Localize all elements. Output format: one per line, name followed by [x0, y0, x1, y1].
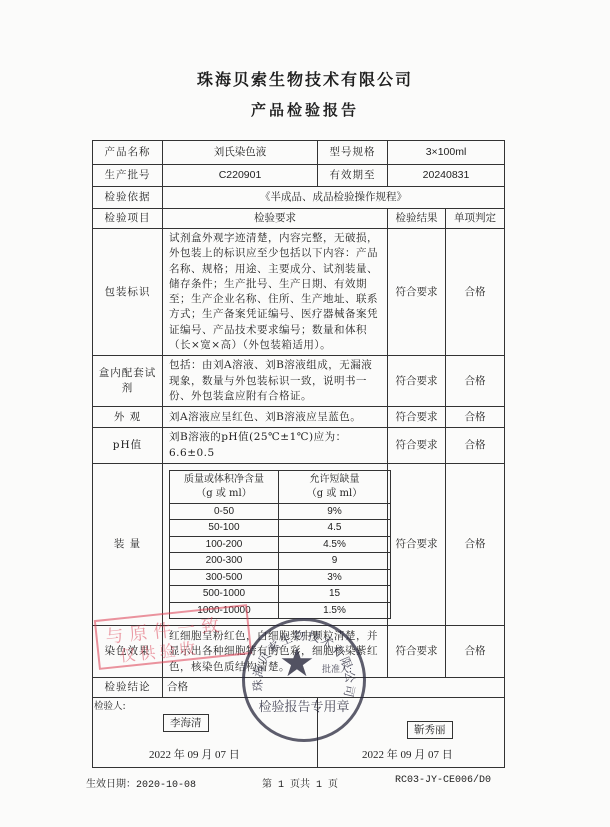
item-row-kit-reagents: 盒内配套试剂 包括：由刘A溶液、刘B溶液组成，无漏液现象，数量与外包装标识一致，… [93, 356, 505, 407]
item-name: pH值 [93, 428, 163, 464]
batch-label: 生产批号 [93, 165, 163, 187]
approver-label: 批准人: [322, 662, 352, 675]
expiry-label: 有效期至 [318, 165, 388, 187]
inspection-report-table: 产品名称 刘氏染色液 型号规格 3×100ml 生产批号 C220901 有效期… [92, 140, 505, 768]
fill-volume-table: 质量或体积净含量 （g 或 ml） 允许短缺量 （g 或 ml） 0-509%5… [169, 470, 391, 620]
fill-table-row: 1000-100001.5% [170, 602, 391, 619]
approver-date: 2022 年 09 月 07 日 [362, 748, 453, 763]
item-result: 符合要求 [388, 407, 446, 428]
item-judgement: 合格 [446, 407, 505, 428]
fill-allowed-shortage: 15 [279, 586, 391, 603]
inspector-label: 检验人: [94, 699, 126, 714]
spec-label: 型号规格 [318, 141, 388, 165]
col-judgement: 单项判定 [446, 209, 505, 229]
product-name-row: 产品名称 刘氏染色液 型号规格 3×100ml [93, 141, 505, 165]
report-title: 产品检验报告 [0, 99, 610, 120]
fill-net-range: 300-500 [170, 569, 279, 586]
batch-value: C220901 [163, 165, 318, 187]
page-number: 第 1 页共 1 页 [262, 775, 338, 791]
conclusion-row: 检验结论 合格 [93, 678, 505, 698]
company-name: 珠海贝索生物技术有限公司 [0, 67, 610, 90]
fill-allowed-shortage: 1.5% [279, 602, 391, 619]
fill-allowed-shortage: 4.5 [279, 520, 391, 537]
fill-net-range: 100-200 [170, 536, 279, 553]
item-result: 符合要求 [388, 356, 446, 407]
item-result: 符合要求 [388, 229, 446, 356]
basis-row: 检验依据 《半成品、成品检验操作规程》 [93, 187, 505, 209]
item-name: 盒内配套试剂 [93, 356, 163, 407]
item-name: 染色效果 [93, 626, 163, 678]
item-row-appearance: 外 观 刘A溶液应呈红色、刘B溶液应呈蓝色。 符合要求 合格 [93, 407, 505, 428]
item-row-packaging: 包装标识 试剂盒外观字迹清楚，内容完整，无破损，外包装上的标识应至少包括以下内容… [93, 229, 505, 356]
expiry-value: 20240831 [388, 165, 505, 187]
item-name: 外 观 [93, 407, 163, 428]
fill-net-range: 50-100 [170, 520, 279, 537]
fill-col-net-line2: （g 或 ml） [170, 487, 278, 501]
item-judgement: 合格 [446, 229, 505, 356]
fill-table-row: 50-1004.5 [170, 520, 391, 537]
document-code: RC03-JY-CE006/D0 [395, 775, 491, 786]
item-result: 符合要求 [388, 463, 446, 626]
col-item: 检验项目 [93, 209, 163, 229]
item-row-staining: 染色效果 红细胞呈粉红色，白细胞浆中颗粒清楚，并显示出各种细胞特有的色彩，细胞核… [93, 626, 505, 678]
item-name: 装 量 [93, 463, 163, 626]
item-result: 符合要求 [388, 428, 446, 464]
fill-col-shortage: 允许短缺量 （g 或 ml） [279, 470, 391, 503]
item-row-fill-volume: 装 量 质量或体积净含量 （g 或 ml） 允许短缺量 （g 或 ml） 0-5… [93, 463, 505, 626]
fill-net-range: 500-1000 [170, 586, 279, 603]
item-row-ph: pH值 刘B溶液的pH值(25℃±1℃)应为：6.6±0.5 符合要求 合格 [93, 428, 505, 464]
item-requirement: 刘B溶液的pH值(25℃±1℃)应为：6.6±0.5 [163, 428, 388, 464]
inspector-date: 2022 年 09 月 07 日 [149, 748, 240, 763]
item-requirement: 试剂盒外观字迹清楚，内容完整，无破损，外包装上的标识应至少包括以下内容：产品名称… [163, 229, 388, 356]
item-judgement: 合格 [446, 356, 505, 407]
basis-value: 《半成品、成品检验操作规程》 [163, 187, 505, 209]
inspector-signature: 李海清 [163, 714, 209, 732]
fill-net-range: 1000-10000 [170, 602, 279, 619]
basis-label: 检验依据 [93, 187, 163, 209]
fill-net-range: 200-300 [170, 553, 279, 570]
fill-table-cell: 质量或体积净含量 （g 或 ml） 允许短缺量 （g 或 ml） 0-509%5… [163, 463, 388, 626]
approver-signature: 靳秀丽 [407, 721, 453, 739]
item-result: 符合要求 [388, 626, 446, 678]
fill-table-row: 0-509% [170, 503, 391, 520]
fill-allowed-shortage: 4.5% [279, 536, 391, 553]
item-requirement: 包括：由刘A溶液、刘B溶液组成，无漏液现象，数量与外包装标识一致，说明书一份、外… [163, 356, 388, 407]
approver-cell: 靳秀丽 2022 年 09 月 07 日 [318, 698, 505, 768]
inspector-cell: 检验人: 李海清 2022 年 09 月 07 日 [93, 698, 318, 768]
fill-col-net-line1: 质量或体积净含量 [170, 473, 278, 487]
item-judgement: 合格 [446, 428, 505, 464]
fill-table-row: 200-3009 [170, 553, 391, 570]
fill-allowed-shortage: 3% [279, 569, 391, 586]
batch-row: 生产批号 C220901 有效期至 20240831 [93, 165, 505, 187]
effective-date: 生效日期：2020-10-08 [86, 775, 196, 791]
column-header-row: 检验项目 检验要求 检验结果 单项判定 [93, 209, 505, 229]
item-judgement: 合格 [446, 626, 505, 678]
fill-allowed-shortage: 9% [279, 503, 391, 520]
signature-row: 检验人: 李海清 2022 年 09 月 07 日 靳秀丽 2022 年 09 … [93, 698, 505, 768]
fill-table-row: 100-2004.5% [170, 536, 391, 553]
fill-col-shortage-line1: 允许短缺量 [279, 473, 390, 487]
fill-table-row: 500-100015 [170, 586, 391, 603]
product-name-label: 产品名称 [93, 141, 163, 165]
fill-col-net: 质量或体积净含量 （g 或 ml） [170, 470, 279, 503]
item-judgement: 合格 [446, 463, 505, 626]
col-requirement: 检验要求 [163, 209, 388, 229]
fill-col-shortage-line2: （g 或 ml） [279, 487, 390, 501]
item-name: 包装标识 [93, 229, 163, 356]
conclusion-value: 合格 [163, 678, 505, 698]
product-name-value: 刘氏染色液 [163, 141, 318, 165]
conclusion-label: 检验结论 [93, 678, 163, 698]
col-result: 检验结果 [388, 209, 446, 229]
fill-table-row: 300-5003% [170, 569, 391, 586]
spec-value: 3×100ml [388, 141, 505, 165]
fill-allowed-shortage: 9 [279, 553, 391, 570]
fill-net-range: 0-50 [170, 503, 279, 520]
item-requirement: 红细胞呈粉红色，白细胞浆中颗粒清楚，并显示出各种细胞特有的色彩，细胞核染紫红色，… [163, 626, 388, 678]
item-requirement: 刘A溶液应呈红色、刘B溶液应呈蓝色。 [163, 407, 388, 428]
fill-table-header: 质量或体积净含量 （g 或 ml） 允许短缺量 （g 或 ml） [170, 470, 391, 503]
